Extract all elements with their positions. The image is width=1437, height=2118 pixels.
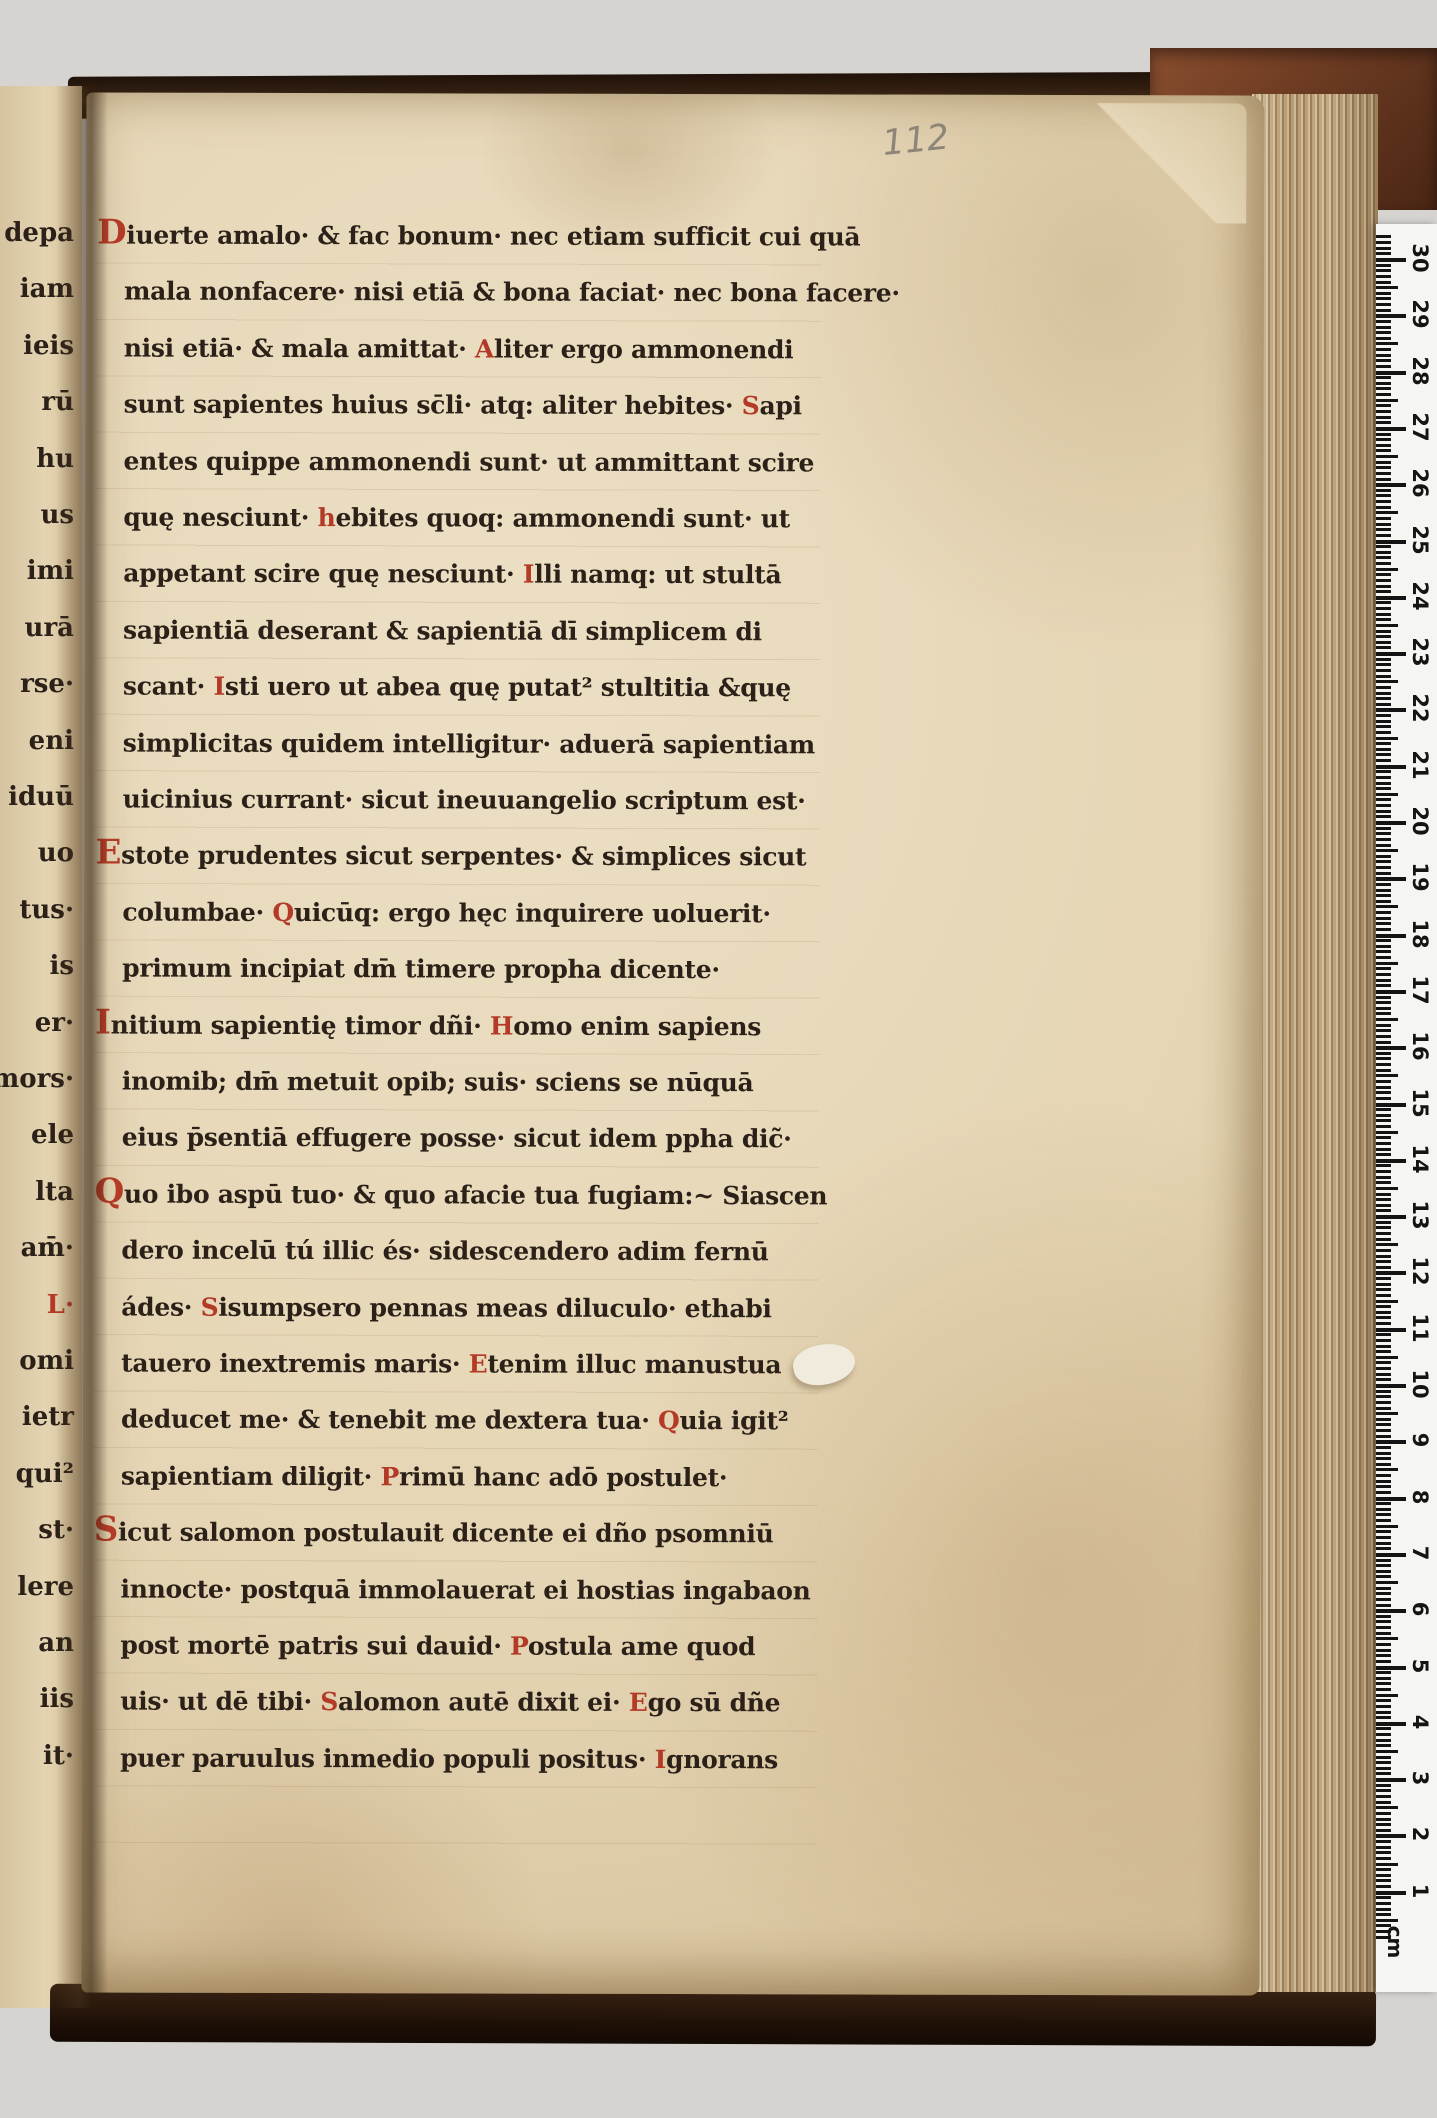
ruler-tick: [1376, 1930, 1391, 1933]
ruler-tick: [1376, 1491, 1391, 1494]
ruler-number: 18: [1408, 917, 1432, 951]
ruler-number: 9: [1408, 1423, 1432, 1457]
ruler-tick: [1376, 1035, 1391, 1038]
ruler-tick: [1376, 1440, 1406, 1444]
ruler-tick: [1376, 1097, 1391, 1100]
line-text: uia igit²: [680, 1406, 789, 1435]
ruler-tick: [1376, 1148, 1391, 1151]
ruler-tick: [1376, 1705, 1391, 1708]
line-text: uicūq: ergo hęc inquirere uoluerit·: [294, 898, 771, 928]
ruler-tick: [1376, 1266, 1391, 1269]
ruler-tick: [1376, 624, 1398, 627]
ruler-tick: [1376, 359, 1391, 362]
ruler-tick: [1376, 804, 1391, 807]
ruler-tick: [1376, 680, 1398, 683]
ruler-tick: [1376, 376, 1391, 379]
ruler-tick: [1376, 1159, 1406, 1163]
ruler-tick: [1376, 1795, 1391, 1798]
ruler-tick: [1376, 1378, 1391, 1381]
manuscript-line: tauero inextremis maris· Etenim illuc ma…: [121, 1349, 781, 1380]
ruler-tick: [1376, 872, 1391, 875]
ruler-tick: [1376, 1041, 1391, 1044]
ruler-tick: [1376, 416, 1391, 419]
ruler-tick: [1376, 342, 1398, 345]
manuscript-line: Initium sapientię timor dñi· Homo enim s…: [95, 1010, 761, 1041]
ruler-tick: [1376, 1581, 1398, 1584]
manuscript-line: deducet me· & tenebit me dextera tua· Qu…: [121, 1405, 788, 1436]
ruler-tick: [1376, 1660, 1391, 1663]
manuscript-line: uis· ut dē tibi· Salomon autē dixit ei· …: [120, 1687, 780, 1718]
ruler-tick: [1376, 697, 1391, 700]
ruler-tick: [1376, 1553, 1406, 1557]
ruler-tick: [1376, 1699, 1391, 1702]
ruler-tick: [1376, 444, 1391, 447]
ruler-tick: [1376, 663, 1391, 666]
ruler-tick: [1376, 523, 1391, 526]
ruler-tick: [1376, 1570, 1391, 1573]
ruler-tick: [1376, 1761, 1391, 1764]
ruler-number: 28: [1408, 354, 1432, 388]
ruler-tick: [1376, 1626, 1391, 1629]
ruler-tick: [1376, 252, 1391, 255]
ruler-tick: [1376, 1615, 1391, 1618]
ruler-tick: [1376, 433, 1391, 436]
ruler-tick: [1376, 1592, 1391, 1595]
ruler-tick: [1376, 1530, 1391, 1533]
ruler-tick: [1376, 1209, 1391, 1212]
ruler-tick: [1376, 596, 1406, 600]
line-text: quę nesciunt·: [123, 503, 317, 533]
ruler-tick: [1376, 990, 1406, 994]
ruler-number: 15: [1408, 1086, 1432, 1120]
ruler-number: 10: [1408, 1367, 1432, 1401]
ruler-tick: [1376, 393, 1391, 396]
ruler-tick: [1376, 1311, 1391, 1314]
ruler-tick: [1376, 365, 1391, 368]
ruler-tick: [1376, 1452, 1391, 1455]
ruler-tick: [1376, 489, 1391, 492]
ruler-tick: [1376, 979, 1391, 982]
ruler-number: 16: [1408, 1029, 1432, 1063]
ruler-number: 21: [1408, 748, 1432, 782]
ruler-tick: [1376, 1637, 1398, 1640]
line-text: sti uero ut abea quę putat² stultitia &q…: [225, 672, 791, 702]
ruler-tick: [1376, 1654, 1391, 1657]
ruler-tick: [1376, 1052, 1391, 1055]
ruler-tick: [1376, 1018, 1398, 1021]
ruler-tick: [1376, 950, 1391, 953]
ruler-tick: [1376, 348, 1391, 351]
ruler-tick: [1376, 1485, 1391, 1488]
ruler-tick: [1376, 1885, 1391, 1888]
ruler-tick: [1376, 528, 1391, 531]
rubric-initial: P: [510, 1632, 528, 1661]
ruler-tick: [1376, 669, 1391, 672]
rubric-initial: E: [629, 1688, 648, 1717]
ruler-tick: [1376, 1739, 1391, 1742]
ruler-tick: [1376, 635, 1391, 638]
ruler-tick: [1376, 1924, 1391, 1927]
ruler-tick: [1376, 686, 1391, 689]
line-text: scant·: [123, 672, 214, 701]
ruler-tick: [1376, 331, 1391, 334]
ruler-tick: [1376, 1232, 1391, 1235]
gutter-shadow: [56, 86, 108, 2008]
ruler-tick: [1376, 354, 1391, 357]
ruler-number: 25: [1408, 523, 1432, 557]
ruler-tick: [1376, 1373, 1391, 1376]
ruler-tick: [1376, 1750, 1398, 1753]
manuscript-line: Quo ibo aspū tuo· & quo afacie tua fugia…: [95, 1179, 828, 1210]
ruler-number: 20: [1408, 804, 1432, 838]
ruler-tick: [1376, 1784, 1391, 1787]
ruler-tick: [1376, 1131, 1398, 1134]
ruler-tick: [1376, 1604, 1391, 1607]
manuscript-line: sapientiā deserant & sapientiā dī simpli…: [123, 615, 762, 646]
ruler-tick: [1376, 928, 1391, 931]
manuscript-line: innocte· postquā immolauerat ei hostias …: [121, 1574, 811, 1605]
ruler-number: 2: [1408, 1817, 1432, 1851]
ruler-tick: [1376, 1727, 1391, 1730]
ruler-tick: [1376, 1119, 1391, 1122]
line-text: iuerte amalo· & fac bonum· nec etiam suf…: [126, 221, 860, 252]
line-text: deducet me· & tenebit me dextera tua·: [121, 1405, 658, 1435]
ruler-number: 13: [1408, 1198, 1432, 1232]
ruler-tick: [1376, 1153, 1391, 1156]
line-text: dero incelū tú illic és· sidescendero ad…: [121, 1236, 768, 1267]
ruler-tick: [1376, 1176, 1391, 1179]
rubric-initial: I: [523, 560, 534, 589]
manuscript-line: appetant scire quę nesciunt· Illi namq: …: [123, 559, 781, 590]
line-text: ádes·: [121, 1292, 200, 1321]
ruler-tick: [1376, 540, 1406, 544]
ruler-tick: [1376, 1204, 1391, 1207]
ruler-tick: [1376, 1012, 1391, 1015]
ruler-tick: [1376, 703, 1391, 706]
ruler-tick: [1376, 472, 1391, 475]
ruler-tick: [1376, 1716, 1391, 1719]
ruler-tick: [1376, 1801, 1391, 1804]
ruler-tick: [1376, 889, 1391, 892]
ruler-tick: [1376, 1390, 1391, 1393]
ruler-tick: [1376, 1643, 1391, 1646]
ruler-tick: [1376, 1255, 1391, 1258]
line-text: simplicitas quidem intelligitur· aduerā …: [123, 728, 815, 759]
ruler-tick: [1376, 1114, 1391, 1117]
ruler-number: 12: [1408, 1254, 1432, 1288]
ruler-tick: [1376, 1243, 1398, 1246]
line-text: sapientiā deserant & sapientiā dī simpli…: [123, 615, 762, 646]
ruler-tick: [1376, 568, 1398, 571]
ruler-number: 8: [1408, 1480, 1432, 1514]
manuscript-line: dero incelū tú illic és· sidescendero ad…: [121, 1236, 768, 1267]
manuscript-line: sunt sapientes huius sc̄li· atq: aliter …: [124, 390, 802, 421]
ruler-number: 26: [1408, 466, 1432, 500]
ruler-tick: [1376, 1812, 1391, 1815]
ruler-tick: [1376, 1057, 1391, 1060]
rubric-initial: A: [475, 334, 494, 363]
ruler-tick: [1376, 494, 1391, 497]
ruler-tick: [1376, 838, 1391, 841]
manuscript-line: nisi etiā· & mala amittat· Aliter ergo a…: [124, 333, 794, 364]
ruler-tick: [1376, 1497, 1406, 1501]
ruler-tick: [1376, 1198, 1391, 1201]
rubric-initial: I: [213, 672, 224, 701]
ruler-tick: [1376, 1221, 1391, 1224]
line-text: go sū dñe: [648, 1688, 781, 1717]
ruler-tick: [1376, 1074, 1398, 1077]
ruler-tick: [1376, 815, 1391, 818]
ruler-tick: [1376, 787, 1391, 790]
ruler-tick: [1376, 1874, 1391, 1877]
line-text: innocte· postquā immolauerat ei hostias …: [121, 1574, 811, 1605]
manuscript-line: Estote prudentes sicut serpentes· & simp…: [95, 841, 806, 872]
ruler-tick: [1376, 387, 1391, 390]
ruler-tick: [1376, 798, 1391, 801]
ruler-tick: [1376, 630, 1391, 633]
line-text: sunt sapientes huius sc̄li· atq: aliter …: [124, 390, 742, 421]
ruler-tick: [1376, 1063, 1391, 1066]
ruler-tick: [1376, 1649, 1391, 1652]
ruler-tick: [1376, 511, 1398, 514]
ruler-number: 30: [1408, 241, 1432, 275]
ruler-tick: [1376, 1215, 1406, 1219]
ruler-tick: [1376, 776, 1391, 779]
ruler-tick: [1376, 1457, 1391, 1460]
ruler-tick: [1376, 562, 1391, 565]
line-text: eius p̄sentiā effugere posse· sicut idem…: [122, 1123, 792, 1154]
ruler-tick: [1376, 1908, 1391, 1911]
line-text: mala nonfacere· nisi etiā & bona faciat·…: [124, 277, 900, 308]
ruler-tick: [1376, 1789, 1391, 1792]
ruler-tick: [1376, 1879, 1391, 1882]
ruler-tick: [1376, 720, 1391, 723]
ruler-tick: [1376, 1294, 1391, 1297]
ruler-tick: [1376, 1446, 1391, 1449]
ruler-tick: [1376, 1772, 1391, 1775]
ruler-tick: [1376, 793, 1398, 796]
ruler-tick: [1376, 1395, 1391, 1398]
ruler-tick: [1376, 613, 1391, 616]
ruler-tick: [1376, 1271, 1406, 1275]
line-text: tauero inextremis maris·: [121, 1349, 469, 1379]
ruler-tick: [1376, 455, 1398, 458]
ruler-tick: [1376, 1620, 1391, 1623]
ruler-tick: [1376, 1435, 1391, 1438]
ruler-tick: [1376, 1722, 1406, 1726]
manuscript-line: post mortē patris sui dauid· Postula ame…: [120, 1631, 755, 1662]
ruler-tick: [1376, 770, 1391, 773]
ruler-tick: [1376, 725, 1391, 728]
ruler-tick: [1376, 945, 1391, 948]
ruler-tick: [1376, 573, 1391, 576]
ruler-tick: [1376, 556, 1391, 559]
ruler-tick: [1376, 1598, 1391, 1601]
ruler-tick: [1376, 1463, 1391, 1466]
ruler-number: 1: [1408, 1874, 1432, 1908]
ruler-tick: [1376, 996, 1391, 999]
ruler-tick: [1376, 1671, 1391, 1674]
ruler-tick: [1376, 1834, 1406, 1838]
ruler-tick: [1376, 973, 1391, 976]
line-text: tenim illuc manustua: [487, 1350, 781, 1380]
ruler-tick: [1376, 894, 1391, 897]
manuscript-line: scant· Isti uero ut abea quę putat² stul…: [123, 672, 791, 703]
ruler-tick: [1376, 579, 1391, 582]
ruler-tick: [1376, 1108, 1391, 1111]
ruler-tick: [1376, 692, 1391, 695]
line-text: uis· ut dē tibi·: [120, 1687, 320, 1717]
ruler-tick: [1376, 1046, 1406, 1050]
ruler-number: 14: [1408, 1142, 1432, 1176]
ruler-tick: [1376, 1677, 1391, 1680]
line-text: omo enim sapiens: [513, 1011, 761, 1041]
ruler-tick: [1376, 1863, 1398, 1866]
ruler-tick: [1376, 748, 1391, 751]
manuscript-line: mala nonfacere· nisi etiā & bona faciat·…: [124, 277, 900, 308]
ruler-tick: [1376, 483, 1406, 487]
ruler-number: 3: [1408, 1761, 1432, 1795]
ruler-tick: [1376, 1024, 1391, 1027]
ruler-tick: [1376, 1305, 1391, 1308]
ruler-tick: [1376, 1069, 1391, 1072]
ruler-tick: [1376, 382, 1391, 385]
line-text: primum incipiat dm̄ timere propha dicent…: [122, 954, 720, 985]
ruler-tick: [1376, 866, 1391, 869]
ruler-tick: [1376, 1125, 1391, 1128]
ruler-tick: [1376, 1384, 1406, 1388]
ruler-tick: [1376, 742, 1391, 745]
ruler-tick: [1376, 1823, 1391, 1826]
ruler-tick: [1376, 303, 1391, 306]
ruler-tick: [1376, 601, 1391, 604]
rubric-initial: S: [320, 1687, 338, 1716]
ruler-tick: [1376, 1418, 1391, 1421]
ruler-tick: [1376, 1857, 1391, 1860]
manuscript-line: ádes· Sisumpsero pennas meas diluculo· e…: [121, 1292, 771, 1323]
ruler-number: 19: [1408, 860, 1432, 894]
ruler-tick: [1376, 1829, 1391, 1832]
ruler-tick: [1376, 844, 1391, 847]
ruler-tick: [1376, 1328, 1406, 1332]
ruler-tick: [1376, 506, 1391, 509]
manuscript-line: inomib; dm̄ metuit opib; suis· sciens se…: [122, 1067, 754, 1098]
ruler-tick: [1376, 737, 1398, 740]
ruler-tick: [1376, 1474, 1391, 1477]
ruler-tick: [1376, 1536, 1391, 1539]
ruler-tick: [1376, 427, 1406, 431]
ruler-tick: [1376, 646, 1391, 649]
ruler-tick: [1376, 917, 1391, 920]
ruler-tick: [1376, 849, 1398, 852]
line-text: appetant scire quę nesciunt·: [123, 559, 523, 589]
ruler-tick: [1376, 1136, 1391, 1139]
ruler-tick: [1376, 1666, 1406, 1670]
line-text: ebites quoq: ammonendi sunt· ut: [335, 503, 789, 533]
ruler-tick: [1376, 1868, 1391, 1871]
line-text: columbae·: [122, 897, 272, 926]
ruler-tick: [1376, 675, 1391, 678]
ruler-tick: [1376, 264, 1391, 267]
manuscript-line: entes quippe ammonendi sunt· ut ammittan…: [123, 446, 814, 477]
rubric-initial: S: [201, 1292, 219, 1321]
ruler-tick: [1376, 1632, 1391, 1635]
manuscript-line: simplicitas quidem intelligitur· aduerā …: [123, 728, 815, 759]
rubric-initial: Q: [272, 898, 294, 927]
ruler-tick: [1376, 618, 1391, 621]
ruler-tick: [1376, 1260, 1391, 1263]
ruler-tick: [1376, 461, 1391, 464]
line-text: entes quippe ammonendi sunt· ut ammittan…: [123, 446, 814, 477]
ruler-tick: [1376, 1350, 1391, 1353]
ruler-number: 4: [1408, 1705, 1432, 1739]
ruler-tick: [1376, 1519, 1391, 1522]
manuscript-line: quę nesciunt· hebites quoq: ammonendi su…: [123, 503, 790, 534]
ruler-tick: [1376, 782, 1391, 785]
line-text: uicinius currant· sicut ineuuangelio scr…: [123, 785, 806, 816]
rubric-initial: E: [469, 1349, 488, 1378]
ruler-number: 29: [1408, 297, 1432, 331]
ruler-tick: [1376, 714, 1391, 717]
line-text: puer paruulus inmedio populi positus·: [120, 1743, 655, 1773]
ruler-tick: [1376, 1322, 1391, 1325]
ruler-tick: [1376, 753, 1391, 756]
ruler-number: 27: [1408, 410, 1432, 444]
ruler-tick: [1376, 810, 1391, 813]
ruler-tick: [1376, 286, 1398, 289]
ruler-tick: [1376, 1806, 1398, 1809]
manuscript-line: primum incipiat dm̄ timere propha dicent…: [122, 954, 720, 985]
ruler-tick: [1376, 585, 1391, 588]
ruler-tick: [1376, 1913, 1391, 1916]
ruler-tick: [1376, 607, 1391, 610]
book-fore-edge: [1252, 94, 1378, 1992]
ruler-tick: [1376, 466, 1391, 469]
ruler-tick: [1376, 731, 1391, 734]
ruler-tick: [1376, 1575, 1391, 1578]
ruler-tick: [1376, 410, 1391, 413]
manuscript-line: uicinius currant· sicut ineuuangelio scr…: [123, 785, 806, 816]
ruler-tick: [1376, 1733, 1391, 1736]
ruler-tick: [1376, 1851, 1391, 1854]
ruler-tick: [1376, 314, 1406, 318]
rubric-initial: H: [490, 1011, 513, 1040]
ruler-number: 23: [1408, 635, 1432, 669]
ruler-tick: [1376, 1587, 1391, 1590]
line-text: api: [759, 391, 801, 420]
ruler-tick: [1376, 1525, 1398, 1528]
line-text: inomib; dm̄ metuit opib; suis· sciens se…: [122, 1067, 754, 1098]
rubric-initial: h: [318, 503, 336, 532]
ruler-tick: [1376, 967, 1391, 970]
line-text: nitium sapientię timor dñi·: [111, 1010, 490, 1040]
manuscript-text: Diuerte amalo· & fac bonum· nec etiam su…: [82, 92, 1265, 1995]
ruler-tick: [1376, 1423, 1391, 1426]
ruler-tick: [1376, 1513, 1391, 1516]
ruler-tick: [1376, 1412, 1398, 1415]
rubric-initial: S: [742, 391, 760, 420]
ruler-tick: [1376, 1919, 1398, 1922]
manuscript-line: eius p̄sentiā effugere posse· sicut idem…: [122, 1123, 792, 1154]
ruler-number: 6: [1408, 1592, 1432, 1626]
ruler-tick: [1376, 337, 1391, 340]
ruler-tick: [1376, 1249, 1391, 1252]
ruler-tick: [1376, 1001, 1391, 1004]
ruler-tick: [1376, 478, 1391, 481]
line-text: liter ergo ammonendi: [494, 334, 793, 364]
ruler-tick: [1376, 900, 1391, 903]
ruler-tick: [1376, 934, 1406, 938]
